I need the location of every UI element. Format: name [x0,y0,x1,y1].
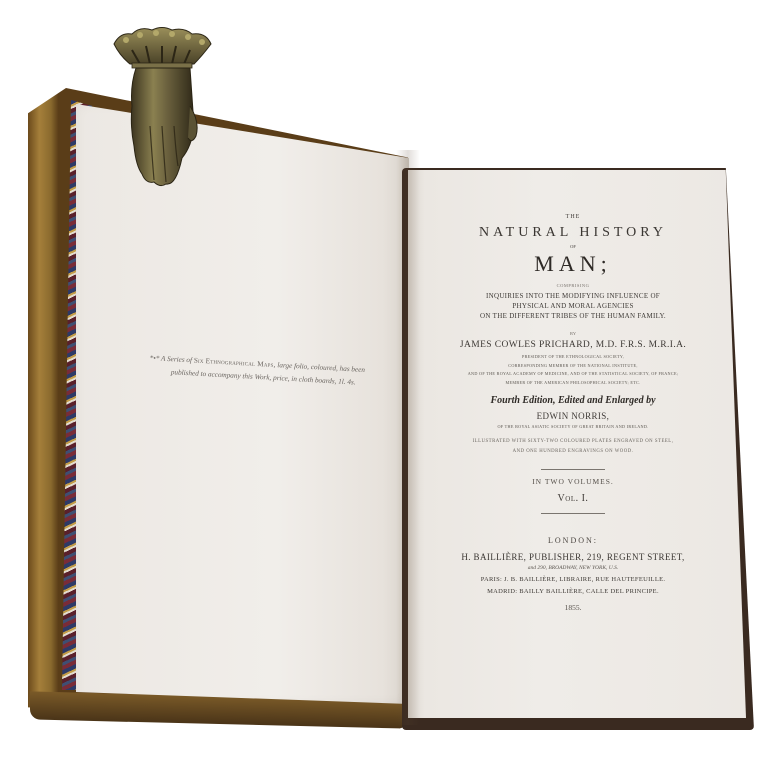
title-main: NATURAL HISTORY [420,225,726,241]
subtitle-line: ON THE DIFFERENT TRIBES OF THE HUMAN FAM… [420,311,726,321]
comprising-label: COMPRISING [420,283,726,288]
edition-statement: Fourth Edition, Edited and Enlarged by [420,395,726,406]
left-page [76,104,409,704]
publisher-paris: PARIS: J. B. BAILLIÈRE, LIBRAIRE, RUE HA… [420,576,726,583]
editor-name: EDWIN NORRIS, [420,411,726,421]
credential-line: AND OF THE ROYAL ACADEMY OF MEDICINE, AN… [420,370,726,379]
note-text-smallcaps: Six Ethnographical Maps, [194,356,276,369]
by-label: BY [420,331,726,336]
divider-rule [541,469,605,470]
publication-year: 1855. [420,603,726,612]
book-gutter [396,150,420,725]
subtitle: INQUIRIES INTO THE MODIFYING INFLUENCE O… [420,291,726,321]
title-page-text: THE NATURAL HISTORY OF MAN; COMPRISING I… [420,214,726,612]
divider-rule [541,513,605,514]
illustrations-line: AND ONE HUNDRED ENGRAVINGS ON WOOD. [420,447,726,457]
publisher-madrid: MADRID: BAILLY BAILLIÈRE, CALLE DEL PRIN… [420,588,726,595]
credential-line: PRESIDENT OF THE ETHNOLOGICAL SOCIETY, [420,353,726,362]
note-text-b: large folio, coloured, has been [277,361,365,374]
title-of: OF [420,244,726,249]
imprint-city: LONDON: [420,536,726,545]
editor-society: OF THE ROYAL ASIATIC SOCIETY OF GREAT BR… [420,424,726,429]
book-photo: *•* A Series of Six Ethnographical Maps,… [0,0,782,761]
credential-line: MEMBER OF THE AMERICAN PHILOSOPHICAL SOC… [420,379,726,388]
note-text-a: A Series of [161,355,192,365]
subtitle-line: PHYSICAL AND MORAL AGENCIES [420,301,726,311]
volumes-count: IN TWO VOLUMES. [420,477,726,486]
credential-line: CORRESPONDING MEMBER OF THE NATIONAL INS… [420,362,726,371]
volume-number: Vol. I. [420,493,726,504]
note-mark: *•* [149,354,159,363]
illustrations-note: ILLUSTRATED WITH SIXTY-TWO COLOURED PLAT… [420,437,726,457]
publisher: H. BAILLIÈRE, PUBLISHER, 219, REGENT STR… [420,552,726,562]
author-name: JAMES COWLES PRICHARD, M.D. F.R.S. M.R.I… [420,340,726,350]
title-article: THE [420,214,726,220]
illustrations-line: ILLUSTRATED WITH SIXTY-TWO COLOURED PLAT… [420,437,726,447]
subtitle-line: INQUIRIES INTO THE MODIFYING INFLUENCE O… [420,291,726,301]
bronze-hand-clip-icon [110,26,215,188]
publisher-new-york: and 290, BROADWAY, NEW YORK, U.S. [420,565,726,571]
title-sub: MAN; [420,251,726,277]
author-credentials: PRESIDENT OF THE ETHNOLOGICAL SOCIETY, C… [420,353,726,387]
